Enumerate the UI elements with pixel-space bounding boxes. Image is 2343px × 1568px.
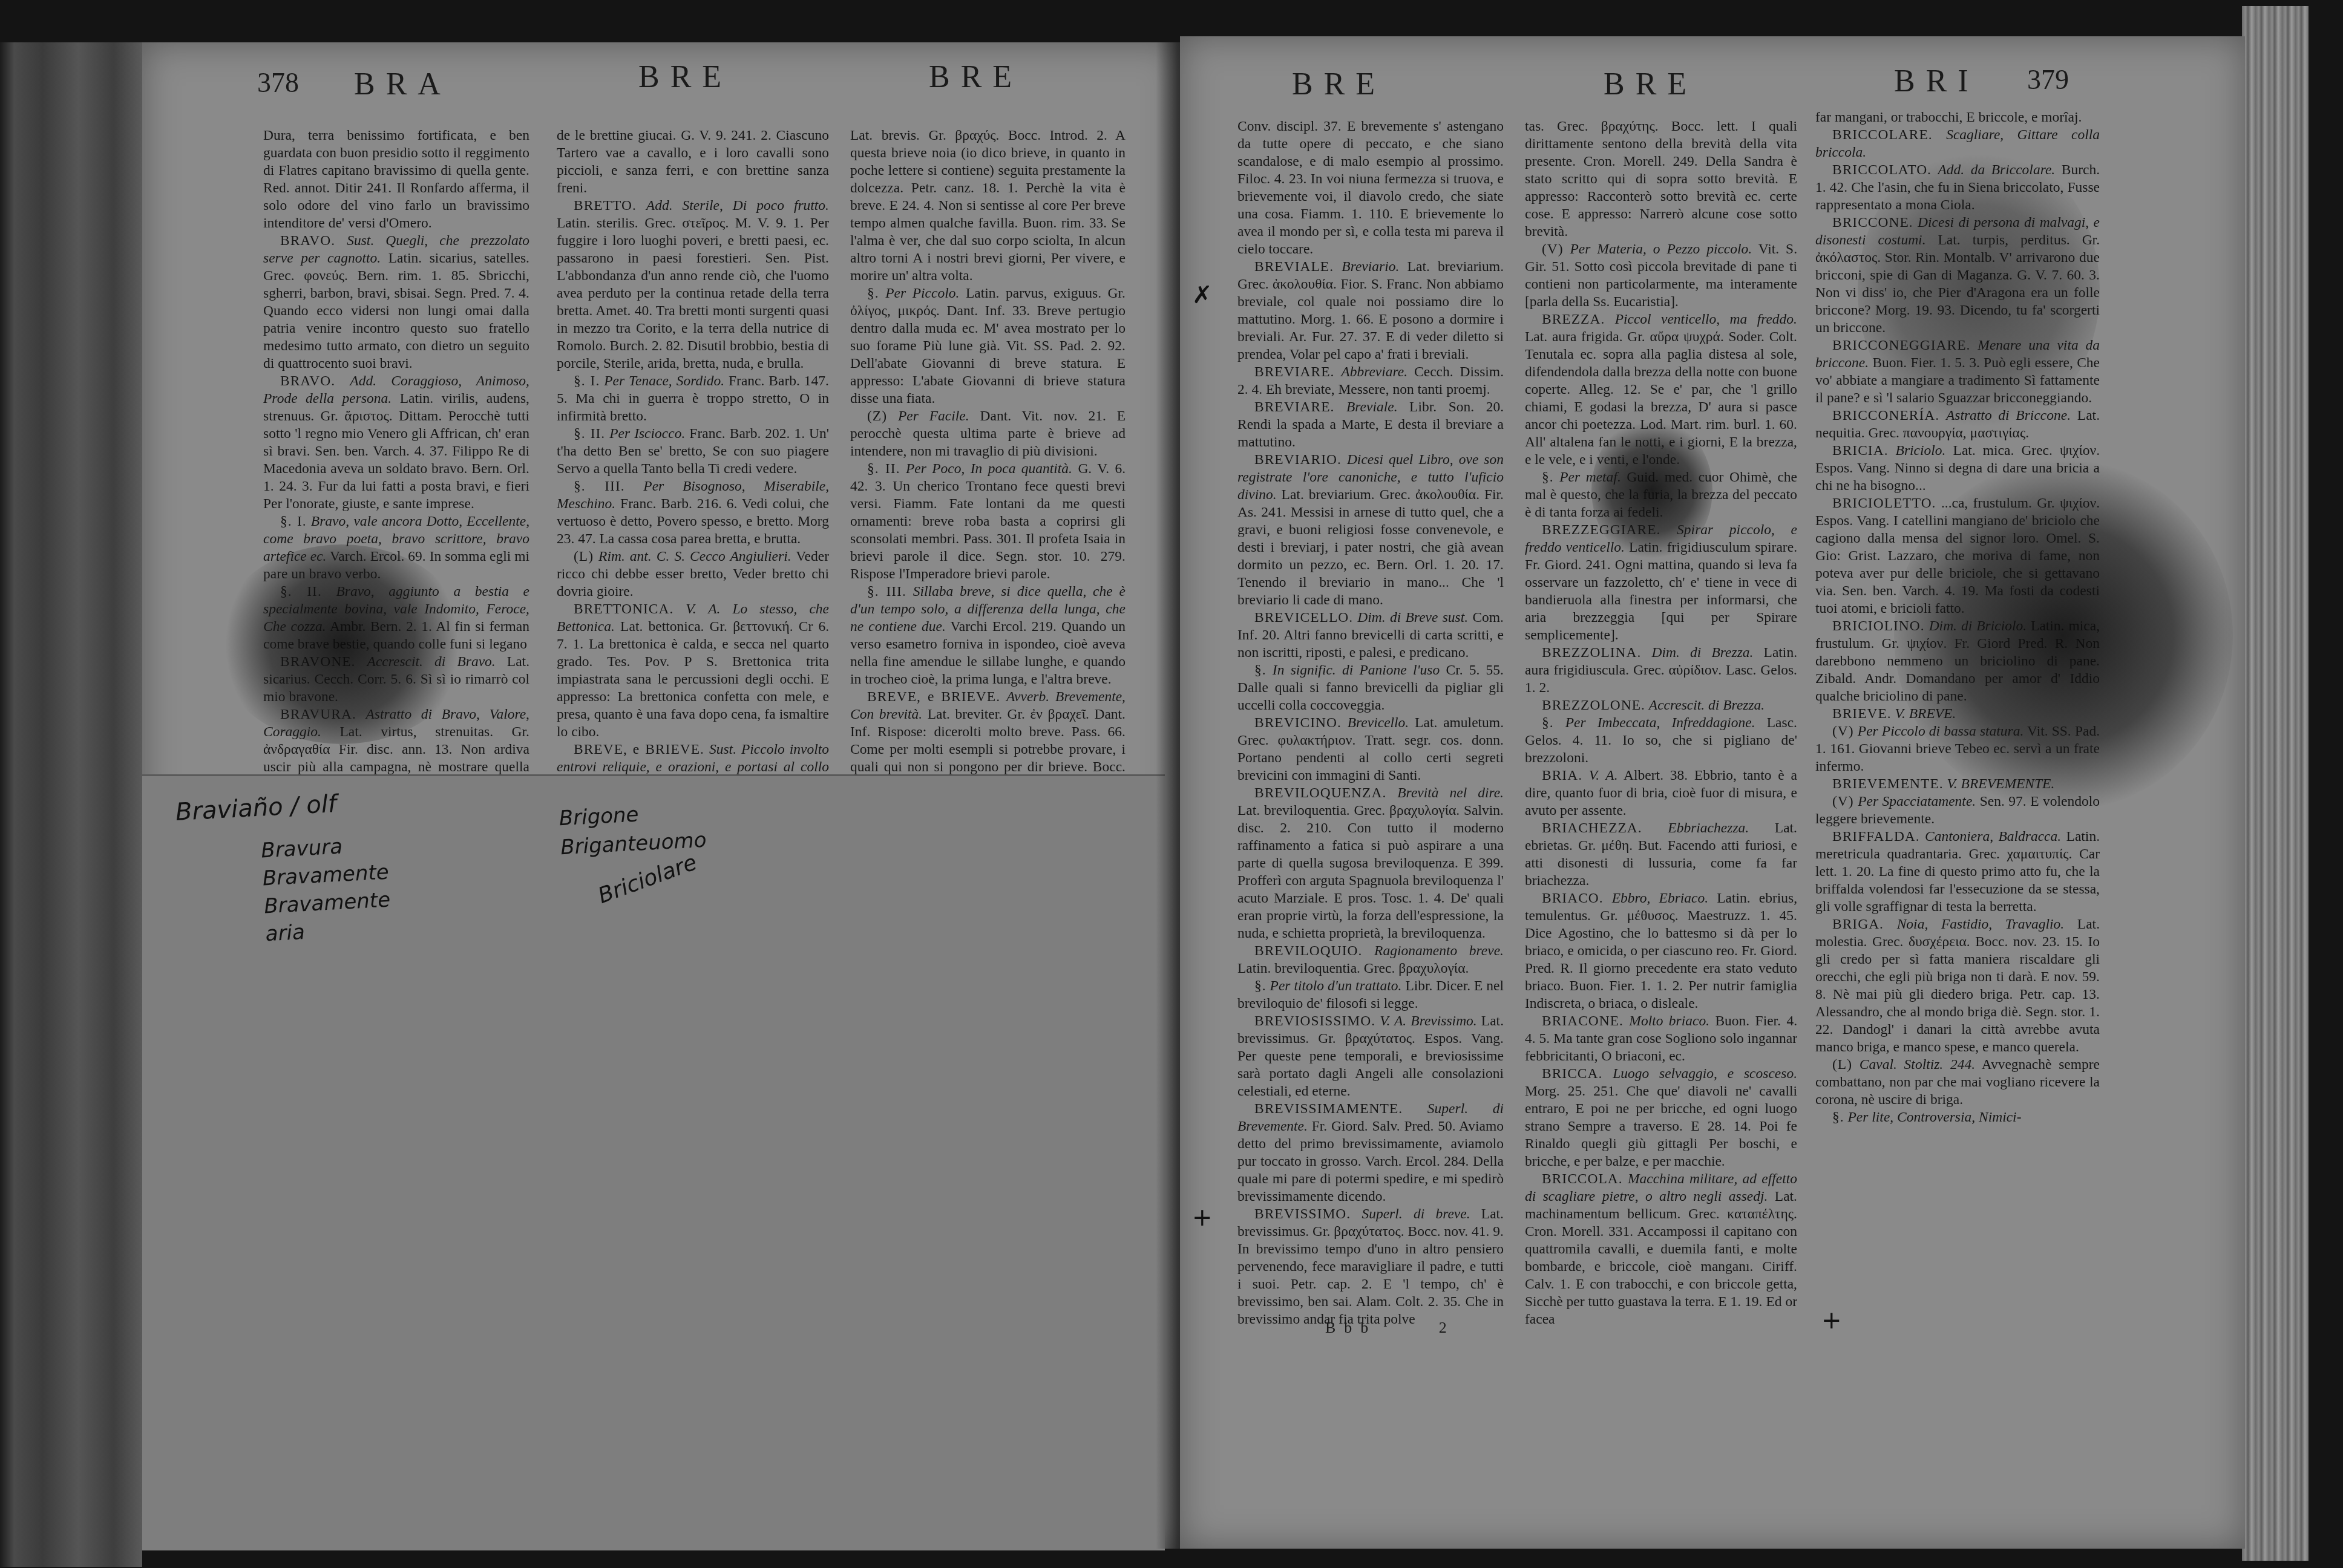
entry-briccola: BRICCOLA. Macchina militare, ad effetto … [1525, 1171, 1797, 1328]
ink-stain [1858, 145, 2100, 436]
entry-bretto-sense-2: §. II. Per Isciocco. Franc. Barb. 202. 1… [557, 425, 829, 478]
page-number-left: 378 [257, 67, 299, 99]
entry-briachezza: BRIACHEZZA. Ebbriachezza. Lat. ebrietas.… [1525, 820, 1797, 890]
entry-brezzolina: BREZZOLINA. Dim. di Brezza. Latin. aura … [1525, 644, 1797, 697]
running-head-right-3: BRI [1894, 64, 1979, 99]
margin-cross-mark: + [1821, 1307, 1842, 1334]
entry-breviosissimo: BREVIOSISSIMO. V. A. Brevissimo. Lat. br… [1237, 1013, 1504, 1100]
entry-breve-facile: (Z) Per Facile. Dant. Vit. nov. 21. E pe… [850, 408, 1126, 460]
right-page-column-1: Conv. discipl. 37. E brevemente s' asten… [1237, 118, 1504, 1328]
left-page-column-2: de le brettine giucai. G. V. 9. 241. 2. … [557, 127, 829, 820]
entry-breviale: BREVIALE. Breviario. Lat. breviarium. Gr… [1237, 258, 1504, 364]
book-page-edges-right [2242, 6, 2309, 1561]
entry: far mangani, or trabocchi, E briccole, e… [1815, 109, 2100, 126]
entry-breve-sillaba: §. III. Sillaba breve, si dice quella, c… [850, 583, 1126, 688]
entry-bretto-l: (L) Rim. ant. C. S. Cecco Angiulieri. Ve… [557, 548, 829, 601]
entry-brevissimamente: BREVISSIMAMENTE. Superl. di Brevemente. … [1237, 1100, 1504, 1206]
entry-brezzolone: BREZZOLONE. Accrescit. di Brezza. [1525, 697, 1797, 714]
entry-brevicello-sense: §. In signific. di Panione l'uso Cr. 5. … [1237, 662, 1504, 714]
running-head-left-3: BRE [929, 59, 1023, 95]
entry-breve-poco: §. II. Per Poco, In poca quantità. G. V.… [850, 460, 1126, 583]
right-page-column-2: tas. Grec. βραχύτης. Bocc. lett. I quali… [1525, 118, 1797, 1328]
handwritten-note: Braviaño / olf [175, 790, 337, 826]
entry-breviare-1: BREVIARE. Abbreviare. Cecch. Dissim. 2. … [1237, 364, 1504, 399]
entry: Dura, terra benissimo fortificata, e ben… [263, 127, 529, 232]
entry-brezzolone-sense: §. Per Imbeccata, Infreddagione. Lasc. G… [1525, 714, 1797, 767]
running-head-left-2: BRE [638, 59, 732, 95]
entry-briacone: BRIACONE. Molto briaco. Buon. Fier. 4. 4… [1525, 1013, 1797, 1065]
entry-briaco: BRIACO. Ebbro, Ebriaco. Latin. ebrius, t… [1525, 890, 1797, 1013]
right-page: BRE BRE BRI 379 Conv. discipl. 37. E bre… [1180, 36, 2245, 1549]
entry-bretto-sense-1: §. I. Per Tenace, Sordido. Franc. Barb. … [557, 373, 829, 425]
entry-brevita-materia: (V) Per Materia, o Pezzo piccolo. Vit. S… [1525, 241, 1797, 311]
entry-briga: BRIGA. Noia, Fastidio, Travaglio. Lat. m… [1815, 916, 2100, 1056]
entry-breviloquenza: BREVILOQUENZA. Brevità nel dire. Lat. br… [1237, 785, 1504, 942]
entry-breviare-2: BREVIARE. Breviale. Libr. Son. 20. Rendi… [1237, 399, 1504, 451]
entry: de le brettine giucai. G. V. 9. 241. 2. … [557, 127, 829, 197]
running-head-right-1: BRE [1292, 67, 1386, 102]
entry-brevicello: BREVICELLO. Dim. di Breve sust. Com. Inf… [1237, 609, 1504, 662]
entry-briga-lite: §. Per lite, Controversia, Nimici- [1815, 1109, 2100, 1126]
margin-cross-mark: ✗ [1192, 281, 1213, 309]
entry-briga-l: (L) Caval. Stoltiz. 244. Avvegnachè semp… [1815, 1056, 2100, 1109]
entry-brevicino: BREVICINO. Brevicello. Lat. amuletum. Gr… [1237, 714, 1504, 785]
entry-bravo-sust: BRAVO. Sust. Quegli, che prezzolato serv… [263, 232, 529, 373]
ink-stain [1894, 460, 2233, 811]
entry-bretto-sense-3: §. III. Per Bisognoso, Miserabile, Mesch… [557, 478, 829, 548]
folded-insert-sheet: Braviaño / olf Bravura Bravamente Bravam… [142, 774, 1165, 1550]
book-page-edges-left [0, 42, 142, 1567]
entry-breviloquio-sense: §. Per titolo d'un trattato. Libr. Dicer… [1237, 978, 1504, 1013]
entry-briffalda: BRIFFALDA. Cantoniera, Baldracca. Latin.… [1815, 828, 2100, 916]
page-number-right: 379 [2027, 64, 2069, 96]
entry-bretto: BRETTO. Add. Sterile, Di poco frutto. La… [557, 197, 829, 373]
signature-mark: Bbb 2 [1325, 1319, 1455, 1337]
entry-brettonica: BRETTONICA. V. A. Lo stesso, che Bettoni… [557, 601, 829, 741]
entry-breviloquio: BREVILOQUIO. Ragionamento breve. Latin. … [1237, 942, 1504, 978]
entry: Conv. discipl. 37. E brevemente s' asten… [1237, 118, 1504, 258]
entry-bricca: BRICCA. Luogo selvaggio, e scosceso. Mor… [1525, 1065, 1797, 1171]
entry-breviario: BREVIARIO. Dicesi quel Libro, ove son re… [1237, 451, 1504, 609]
entry-breve-piccolo: §. Per Piccolo. Latin. parvus, exiguus. … [850, 285, 1126, 408]
running-head-left-1: BRA [354, 67, 451, 102]
margin-cross-mark: + [1192, 1204, 1213, 1232]
left-page-column-3: Lat. brevis. Gr. βραχύς. Bocc. Introd. 2… [850, 127, 1126, 820]
entry-bravo-add: BRAVO. Add. Coraggioso, Animoso, Prode d… [263, 373, 529, 513]
handwritten-note: Bravura Bravamente Bravamente aria [260, 831, 392, 949]
running-head-right-2: BRE [1604, 67, 1697, 102]
entry-bria: BRIA. V. A. Albert. 38. Ebbrio, tanto è … [1525, 767, 1797, 820]
entry: Lat. brevis. Gr. βραχύς. Bocc. Introd. 2… [850, 127, 1126, 285]
ink-stain [215, 544, 469, 744]
entry: tas. Grec. βραχύτης. Bocc. lett. I quali… [1525, 118, 1797, 241]
entry-brevissimo: BREVISSIMO. Superl. di breve. Lat. brevi… [1237, 1206, 1504, 1328]
ink-stain [1591, 417, 1712, 563]
